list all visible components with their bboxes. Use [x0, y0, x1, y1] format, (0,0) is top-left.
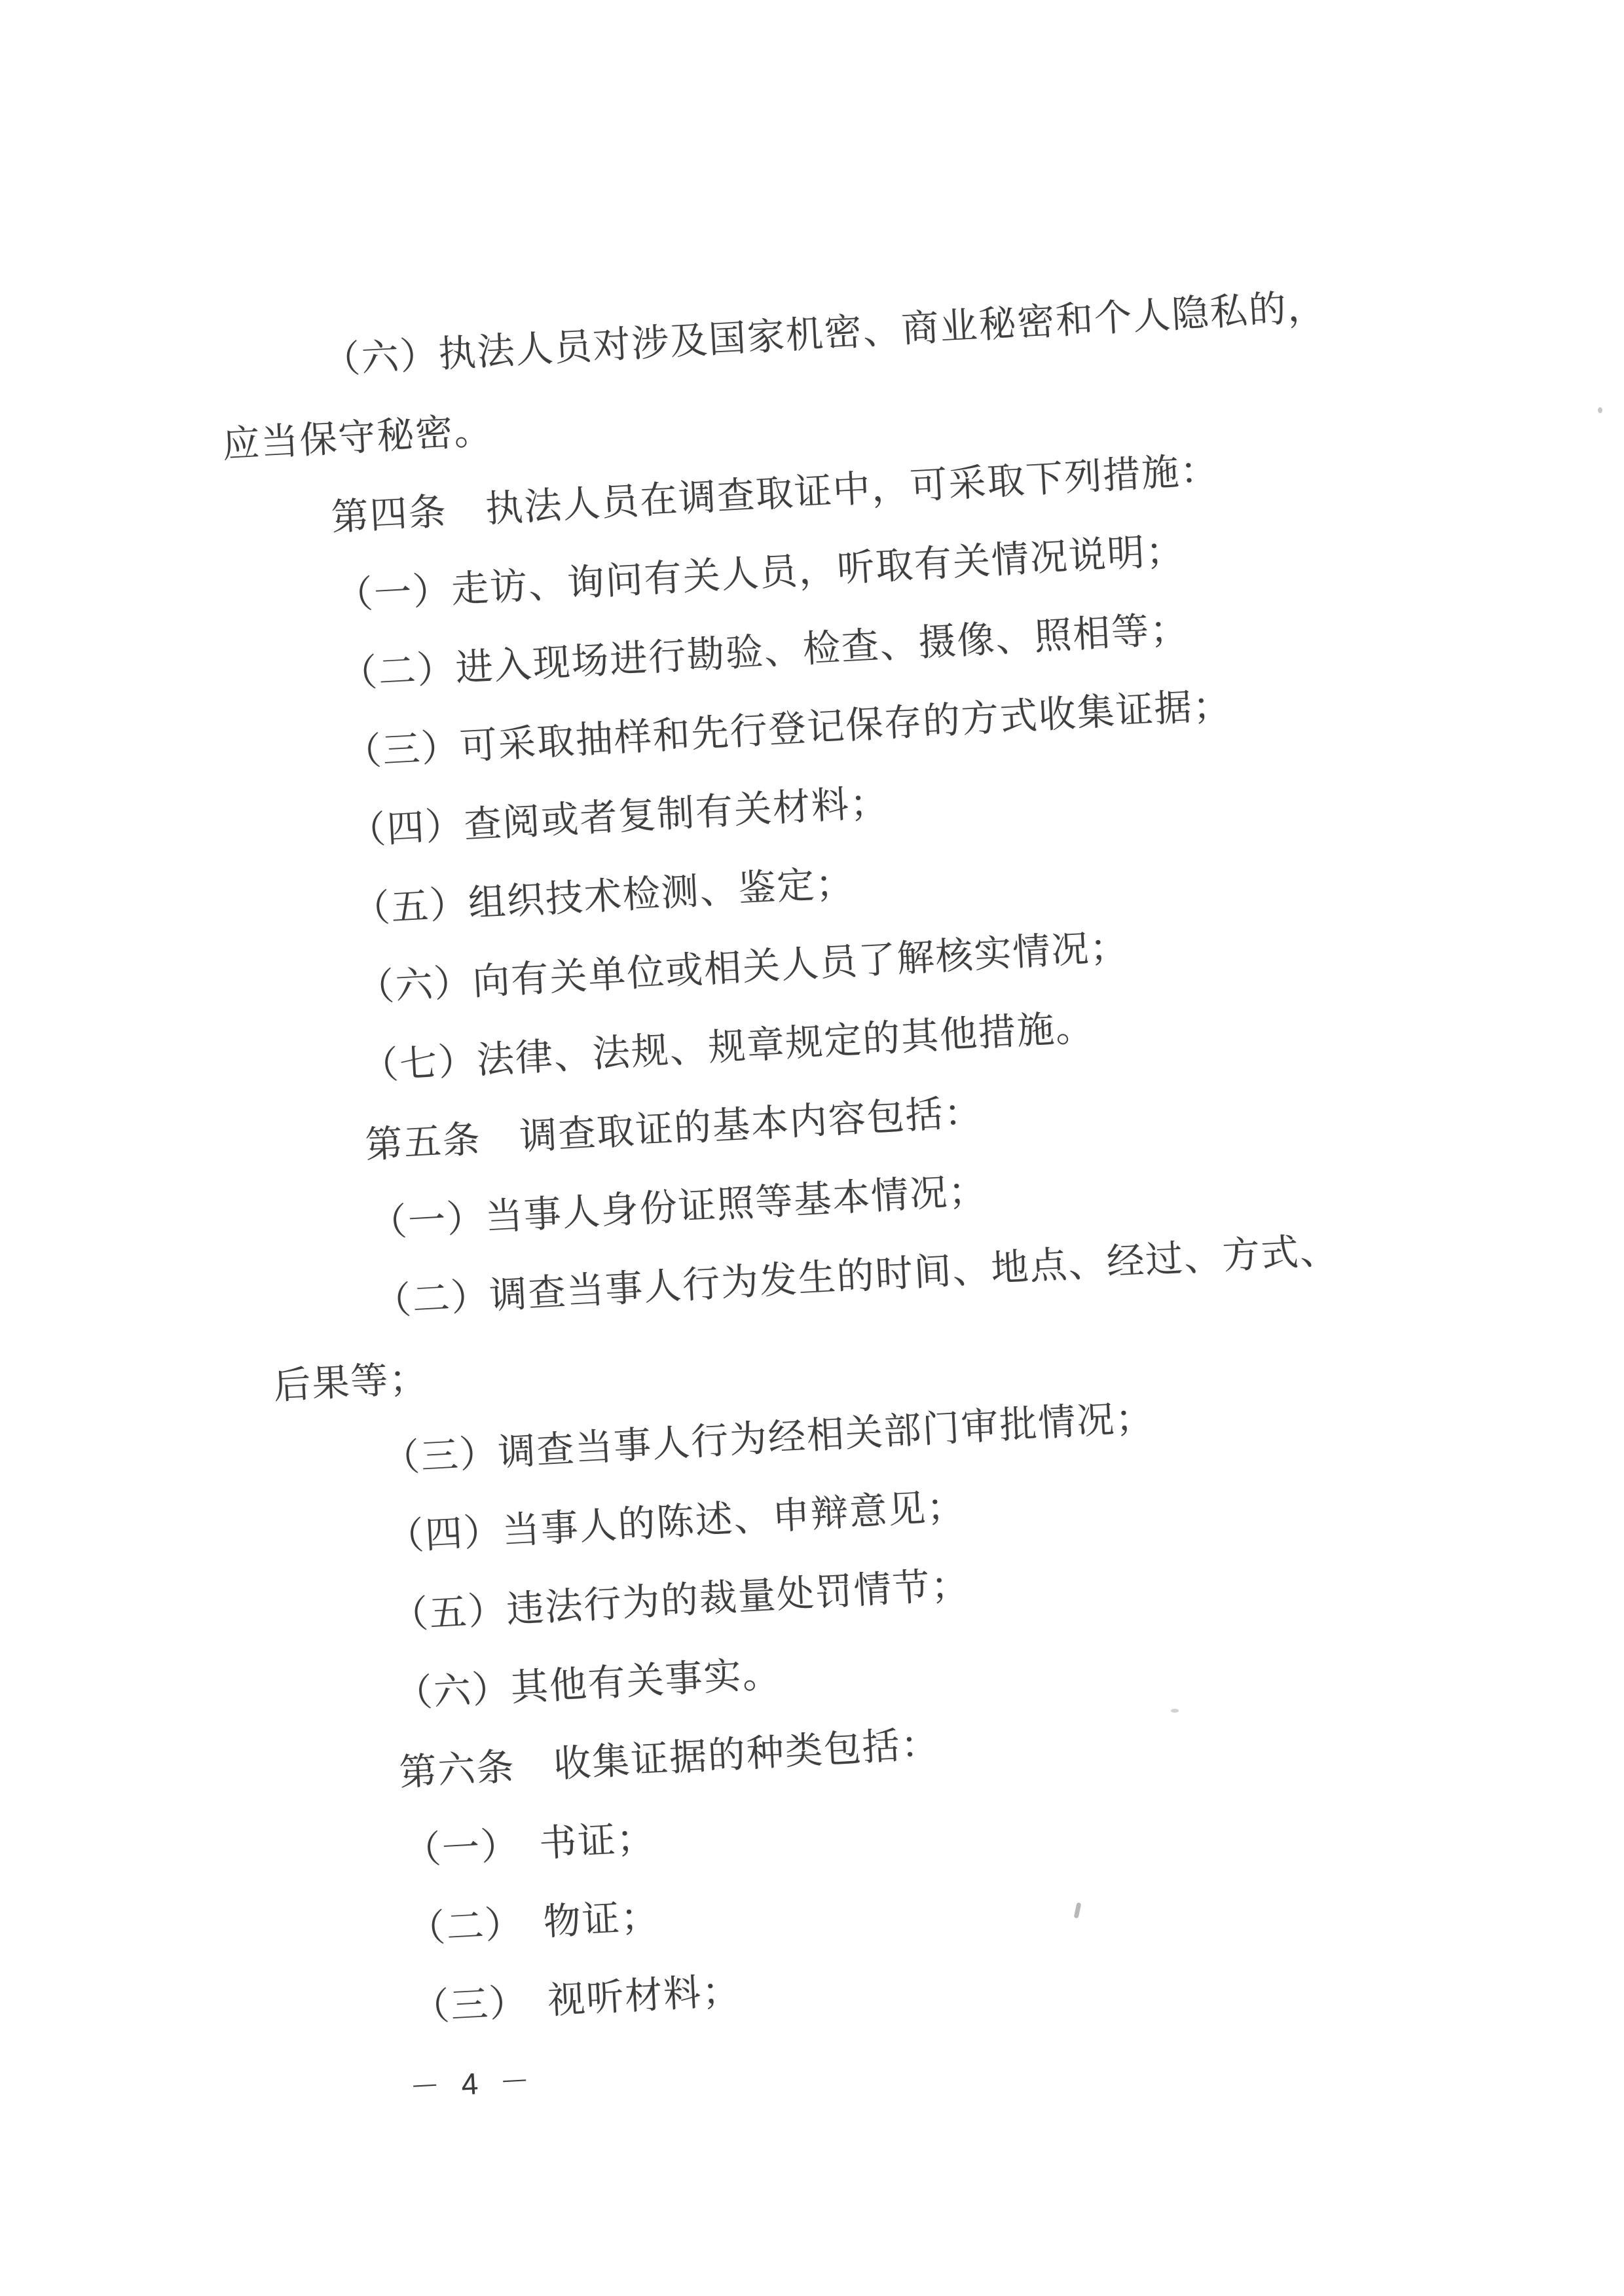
scan-speck: [1171, 1709, 1179, 1713]
document-text-block: （六）执法人员对涉及国家机密、商业秘密和个人隐私的， 应当保守秘密。 第四条 执…: [216, 263, 1504, 2132]
document-page: （六）执法人员对涉及国家机密、商业秘密和个人隐私的， 应当保守秘密。 第四条 执…: [0, 0, 1624, 2296]
scan-speck: [1598, 407, 1602, 413]
